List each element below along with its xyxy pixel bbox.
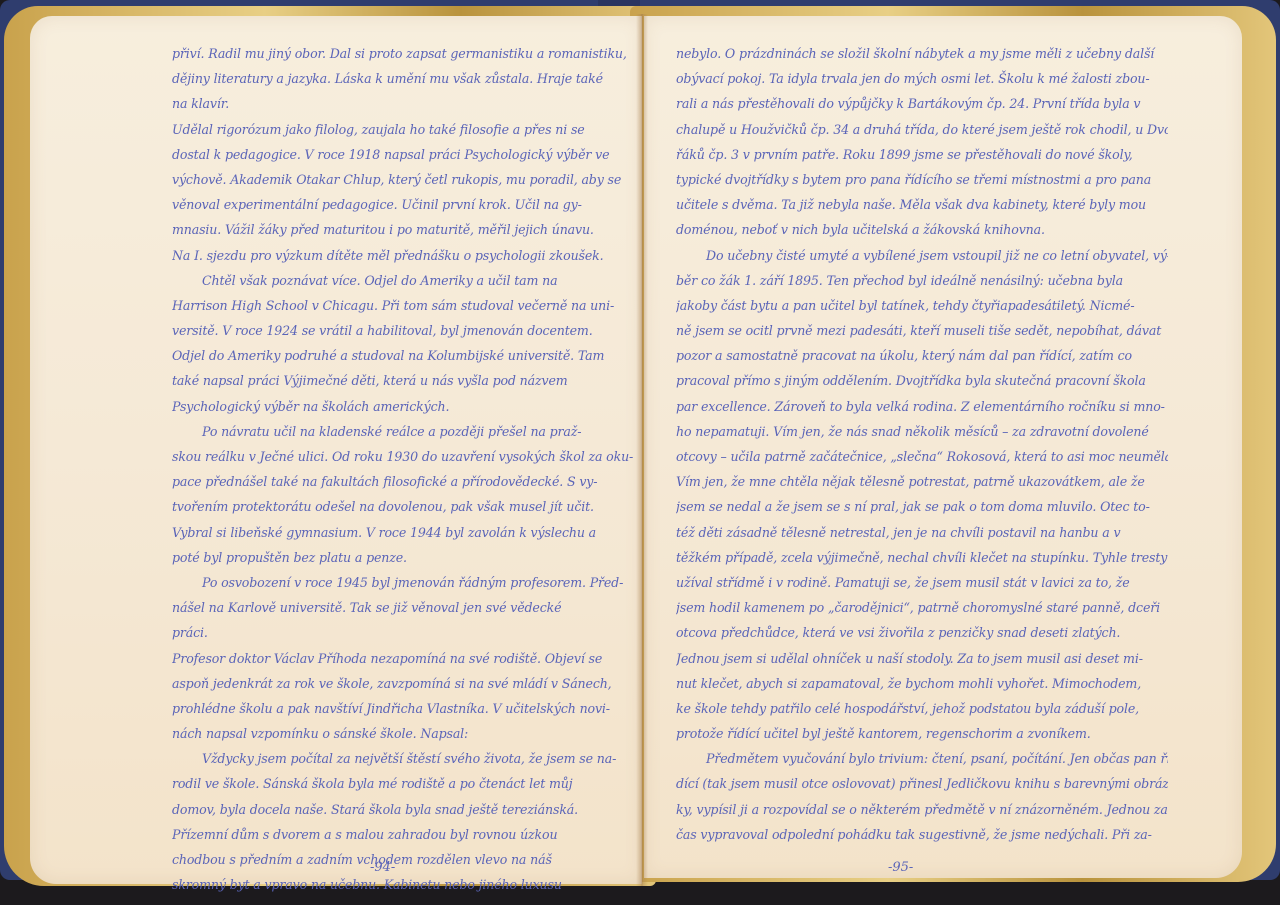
handwritten-line: doménou, neboť v nich byla učitelská a ž… xyxy=(676,217,1168,242)
handwritten-line: prohlédne školu a pak navštíví Jindřicha… xyxy=(172,696,642,721)
handwritten-line: jakoby část bytu a pan učitel byl tatíne… xyxy=(676,293,1168,318)
handwritten-line: práci. xyxy=(172,620,642,645)
handwritten-line: Do učebny čisté umyté a vybílené jsem vs… xyxy=(676,243,1168,268)
handwritten-line: nách napsal vzpomínku o sánské škole. Na… xyxy=(172,721,642,746)
handwritten-line: rali a nás přestěhovali do výpůjčky k Ba… xyxy=(676,91,1168,116)
handwritten-line: též děti zásadně tělesně netrestal, jen … xyxy=(676,520,1168,545)
left-page-text: přiví. Radil mu jiný obor. Dal si proto … xyxy=(172,41,642,897)
handwritten-line: skromný byt a vpravo na učebnu. Kabinetu… xyxy=(172,872,642,897)
handwritten-line: pozor a samostatně pracovat na úkolu, kt… xyxy=(676,343,1168,368)
handwritten-line: ně jsem se ocitl prvně mezi padesáti, kt… xyxy=(676,318,1168,343)
handwritten-line: Chtěl však poznávat více. Odjel do Ameri… xyxy=(172,268,642,293)
handwritten-line: Předmětem vyučování bylo trivium: čtení,… xyxy=(676,746,1168,771)
handwritten-line: obývací pokoj. Ta idyla trvala jen do mý… xyxy=(676,66,1168,91)
handwritten-line: učitele s dvěma. Ta již nebyla naše. Měl… xyxy=(676,192,1168,217)
handwritten-line: přiví. Radil mu jiný obor. Dal si proto … xyxy=(172,41,642,66)
handwritten-line: rodil ve škole. Sánská škola byla mé rod… xyxy=(172,771,642,796)
handwritten-line: chodbou s předním a zadním vchodem rozdě… xyxy=(172,847,642,872)
handwritten-line: běr co žák 1. září 1895. Ten přechod byl… xyxy=(676,268,1168,293)
handwritten-line: těžkém případě, zcela výjimečně, nechal … xyxy=(676,545,1168,570)
handwritten-line: Odjel do Ameriky podruhé a studoval na K… xyxy=(172,343,642,368)
handwritten-line: pace přednášel také na fakultách filosof… xyxy=(172,469,642,494)
handwritten-line: dící (tak jsem musil otce oslovovat) při… xyxy=(676,771,1168,796)
handwritten-line: jsem hodil kamenem po „čarodějnici“, pat… xyxy=(676,595,1168,620)
handwritten-line: otcova předchůdce, která ve vsi živořila… xyxy=(676,620,1168,645)
handwritten-line: par excellence. Zároveň to byla velká ro… xyxy=(676,394,1168,419)
handwritten-line: skou reálku v Ječné ulici. Od roku 1930 … xyxy=(172,444,642,469)
handwritten-line: domov, byla docela naše. Stará škola byl… xyxy=(172,797,642,822)
handwritten-line: ho nepamatuji. Vím jen, že nás snad něko… xyxy=(676,419,1168,444)
right-page-number: -95- xyxy=(888,860,913,875)
handwritten-line: výchově. Akademik Otakar Chlup, který če… xyxy=(172,167,642,192)
handwritten-line: dostal k pedagogice. V roce 1918 napsal … xyxy=(172,142,642,167)
handwritten-line: také napsal práci Výjimečné děti, která … xyxy=(172,368,642,393)
handwritten-line: ky, vypísil ji a rozpovídal se o některé… xyxy=(676,797,1168,822)
handwritten-line: Na I. sjezdu pro výzkum dítěte měl předn… xyxy=(172,243,642,268)
handwritten-line: Vždycky jsem počítal za největší štěstí … xyxy=(172,746,642,771)
handwritten-line: Vím jen, že mne chtěla nějak tělesně pot… xyxy=(676,469,1168,494)
handwritten-line: mnasiu. Vážil žáky před maturitou i po m… xyxy=(172,217,642,242)
handwritten-line: na klavír. xyxy=(172,91,642,116)
handwritten-line: protože řídící učitel byl ještě kantorem… xyxy=(676,721,1168,746)
handwritten-line: Psychologický výběr na školách americkýc… xyxy=(172,394,642,419)
handwritten-line: tvořením protektorátu odešel na dovoleno… xyxy=(172,494,642,519)
handwritten-line: nut klečet, abych si zapamatoval, že byc… xyxy=(676,671,1168,696)
handwritten-line: nebylo. O prázdninách se složil školní n… xyxy=(676,41,1168,66)
right-page-text: nebylo. O prázdninách se složil školní n… xyxy=(676,41,1168,847)
handwritten-line: ke škole tehdy patřilo celé hospodářství… xyxy=(676,696,1168,721)
handwritten-line: poté byl propuštěn bez platu a penze. xyxy=(172,545,642,570)
handwritten-line: Harrison High School v Chicagu. Při tom … xyxy=(172,293,642,318)
handwritten-line: Udělal rigorózum jako filolog, zaujala h… xyxy=(172,117,642,142)
handwritten-line: Po osvobození v roce 1945 byl jmenován ř… xyxy=(172,570,642,595)
handwritten-line: užíval střídmě i v rodině. Pamatuji se, … xyxy=(676,570,1168,595)
handwritten-line: dějiny literatury a jazyka. Láska k uměn… xyxy=(172,66,642,91)
handwritten-line: otcovy – učila patrně začátečnice, „sleč… xyxy=(676,444,1168,469)
handwritten-line: Po návratu učil na kladenské reálce a po… xyxy=(172,419,642,444)
handwritten-line: nášel na Karlově universitě. Tak se již … xyxy=(172,595,642,620)
handwritten-line: pracoval přímo s jiným oddělením. Dvojtř… xyxy=(676,368,1168,393)
handwritten-line: čas vypravoval odpolední pohádku tak sug… xyxy=(676,822,1168,847)
handwritten-line: věnoval experimentální pedagogice. Učini… xyxy=(172,192,642,217)
handwritten-line: Jednou jsem si udělal ohníček u naší sto… xyxy=(676,646,1168,671)
handwritten-line: versitě. V roce 1924 se vrátil a habilit… xyxy=(172,318,642,343)
left-page-number: -94- xyxy=(370,860,395,875)
handwritten-line: Přízemní dům s dvorem a s malou zahradou… xyxy=(172,822,642,847)
handwritten-line: Vybral si libeňské gymnasium. V roce 194… xyxy=(172,520,642,545)
handwritten-line: Profesor doktor Václav Příhoda nezapomín… xyxy=(172,646,642,671)
handwritten-line: řáků čp. 3 v prvním patře. Roku 1899 jsm… xyxy=(676,142,1168,167)
handwritten-line: typické dvojtřídky s bytem pro pana řídí… xyxy=(676,167,1168,192)
handwritten-line: jsem se nedal a že jsem se s ní pral, ja… xyxy=(676,494,1168,519)
handwritten-line: aspoň jedenkrát za rok ve škole, zavzpom… xyxy=(172,671,642,696)
handwritten-line: chalupě u Houžvičků čp. 34 a druhá třída… xyxy=(676,117,1168,142)
